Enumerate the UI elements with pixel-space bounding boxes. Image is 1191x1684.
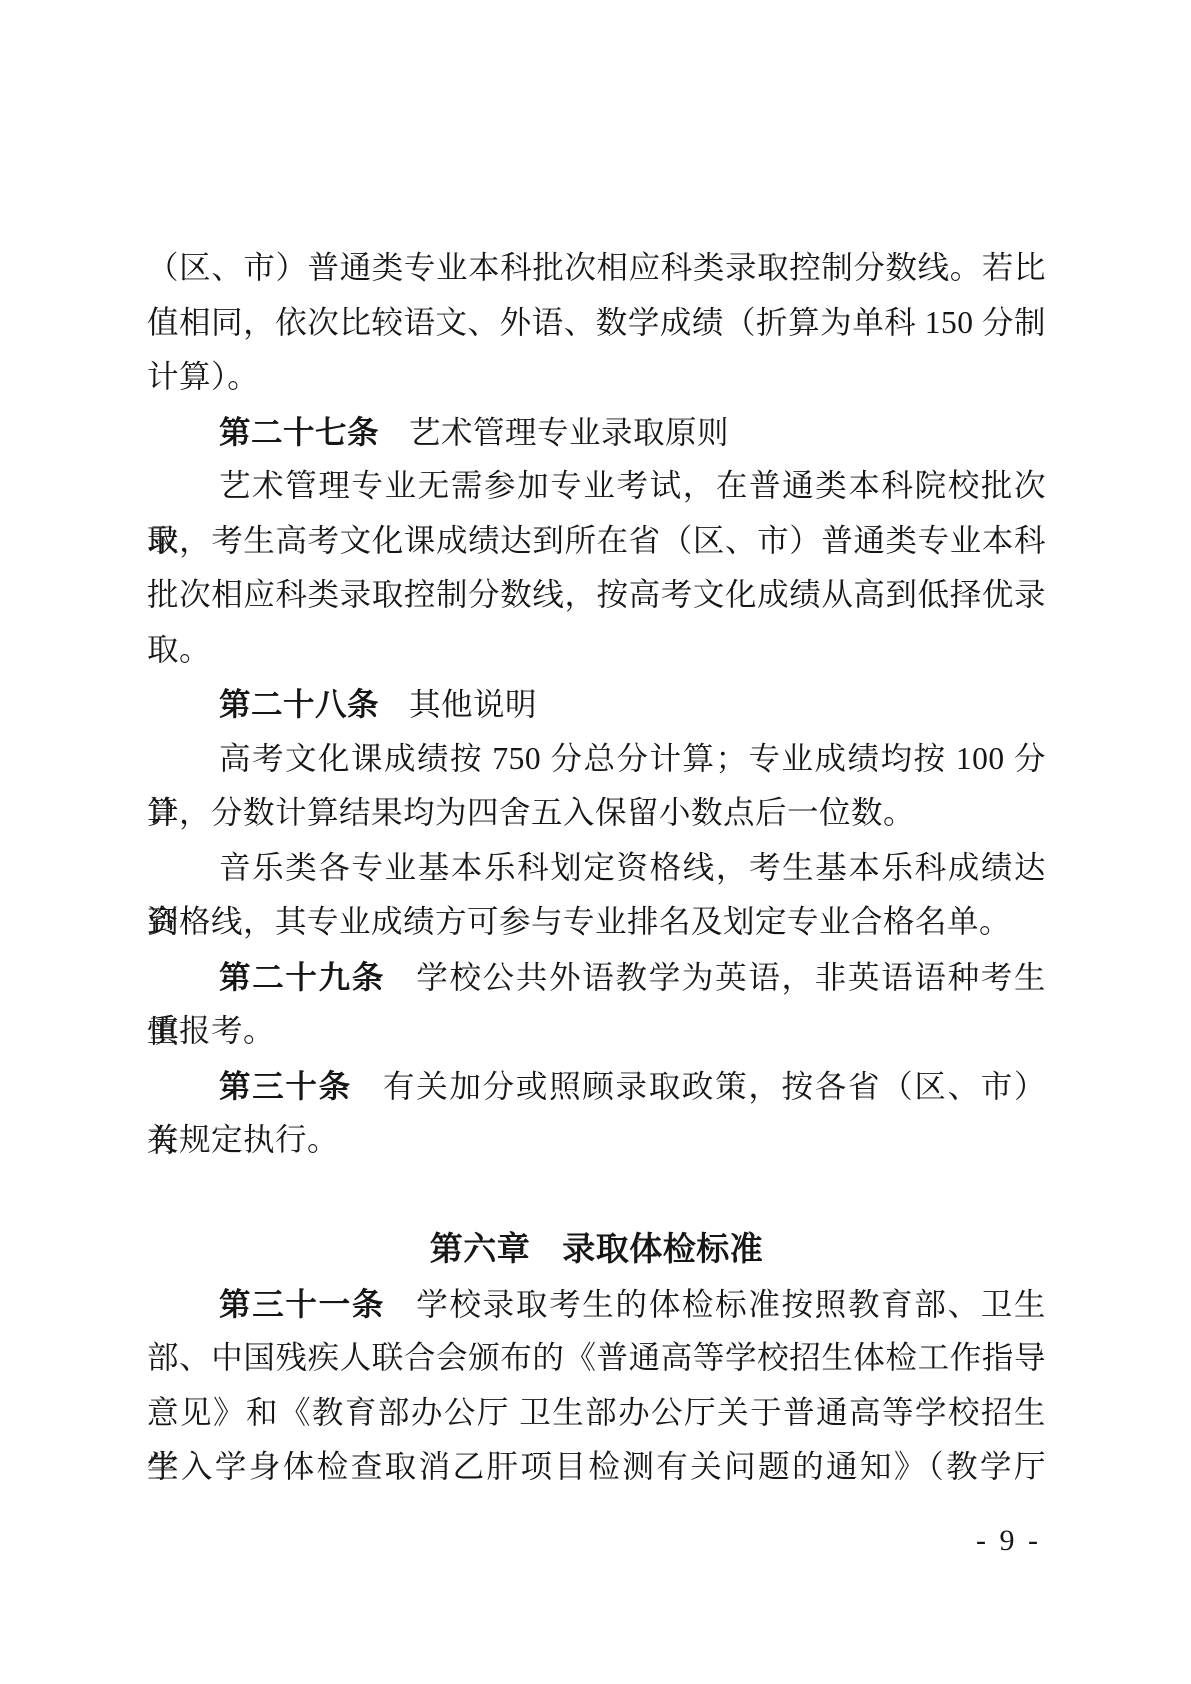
text-line: 艺术管理专业无需参加专业考试，在普通类本科院校批次录 [147, 459, 1046, 514]
text-line: 取。 [147, 623, 1046, 678]
line-text: 艺术管理专业录取原则 [409, 415, 729, 450]
text-line: 音乐类各专业基本乐科划定资格线，考生基本乐科成绩达到 [147, 841, 1046, 896]
text-line: 第三十条有关加分或照顾录取政策，按各省（区、市）有 [147, 1059, 1046, 1114]
text-line: 算，分数计算结果均为四舍五入保留小数点后一位数。 [147, 786, 1046, 841]
article-number: 第二十九条 [219, 959, 385, 995]
article-number: 第二十八条 [219, 686, 379, 722]
text-line: 取，考生高考文化课成绩达到所在省（区、市）普通类专业本科 [147, 514, 1046, 569]
line-text: 学校录取考生的体检标准按照教育部、卫生 [415, 1287, 1046, 1322]
text-line: 部、中国残疾人联合会颁布的《普通高等学校招生体检工作指导 [147, 1331, 1046, 1386]
text-line: 关规定执行。 [147, 1113, 1046, 1168]
chapter-number: 第六章 [430, 1230, 531, 1267]
text-line: 重报考。 [147, 1004, 1046, 1059]
text-line: 高考文化课成绩按 750 分总分计算；专业成绩均按 100 分计 [147, 732, 1046, 787]
article-number: 第二十七条 [219, 414, 379, 450]
text-line: 第二十八条其他说明 [147, 677, 1046, 732]
document-body: （区、市）普通类专业本科批次相应科类录取控制分数线。若比值相同，依次比较语文、外… [147, 241, 1046, 1495]
text-line: 值相同，依次比较语文、外语、数学成绩（折算为单科 150 分制 [147, 296, 1046, 351]
text-line: （区、市）普通类专业本科批次相应科类录取控制分数线。若比 [147, 241, 1046, 296]
text-line: 第二十七条艺术管理专业录取原则 [147, 405, 1046, 460]
text-line: 资格线，其专业成绩方可参与专业排名及划定专业合格名单。 [147, 895, 1046, 950]
line-text: 其他说明 [409, 687, 537, 722]
chapter-heading: 第六章录取体检标准 [147, 1222, 1046, 1277]
text-line: 生入学身体检查取消乙肝项目检测有关问题的通知》（教学厅 [147, 1440, 1046, 1495]
text-line: 第二十九条学校公共外语教学为英语，非英语语种考生慎 [147, 950, 1046, 1005]
text-line: 批次相应科类录取控制分数线，按高考文化成绩从高到低择优录 [147, 568, 1046, 623]
article-number: 第三十一条 [219, 1286, 385, 1322]
text-line: 意见》和《教育部办公厅 卫生部办公厅关于普通高等学校招生学 [147, 1386, 1046, 1441]
text-line: 第三十一条学校录取考生的体检标准按照教育部、卫生 [147, 1277, 1046, 1332]
blank-line [147, 1168, 1046, 1223]
page-number: - 9 - [976, 1524, 1041, 1558]
line-text: 录取体检标准 [562, 1230, 763, 1267]
document-page: （区、市）普通类专业本科批次相应科类录取控制分数线。若比值相同，依次比较语文、外… [0, 0, 1191, 1684]
text-line: 计算）。 [147, 350, 1046, 405]
article-number: 第三十条 [219, 1068, 352, 1104]
